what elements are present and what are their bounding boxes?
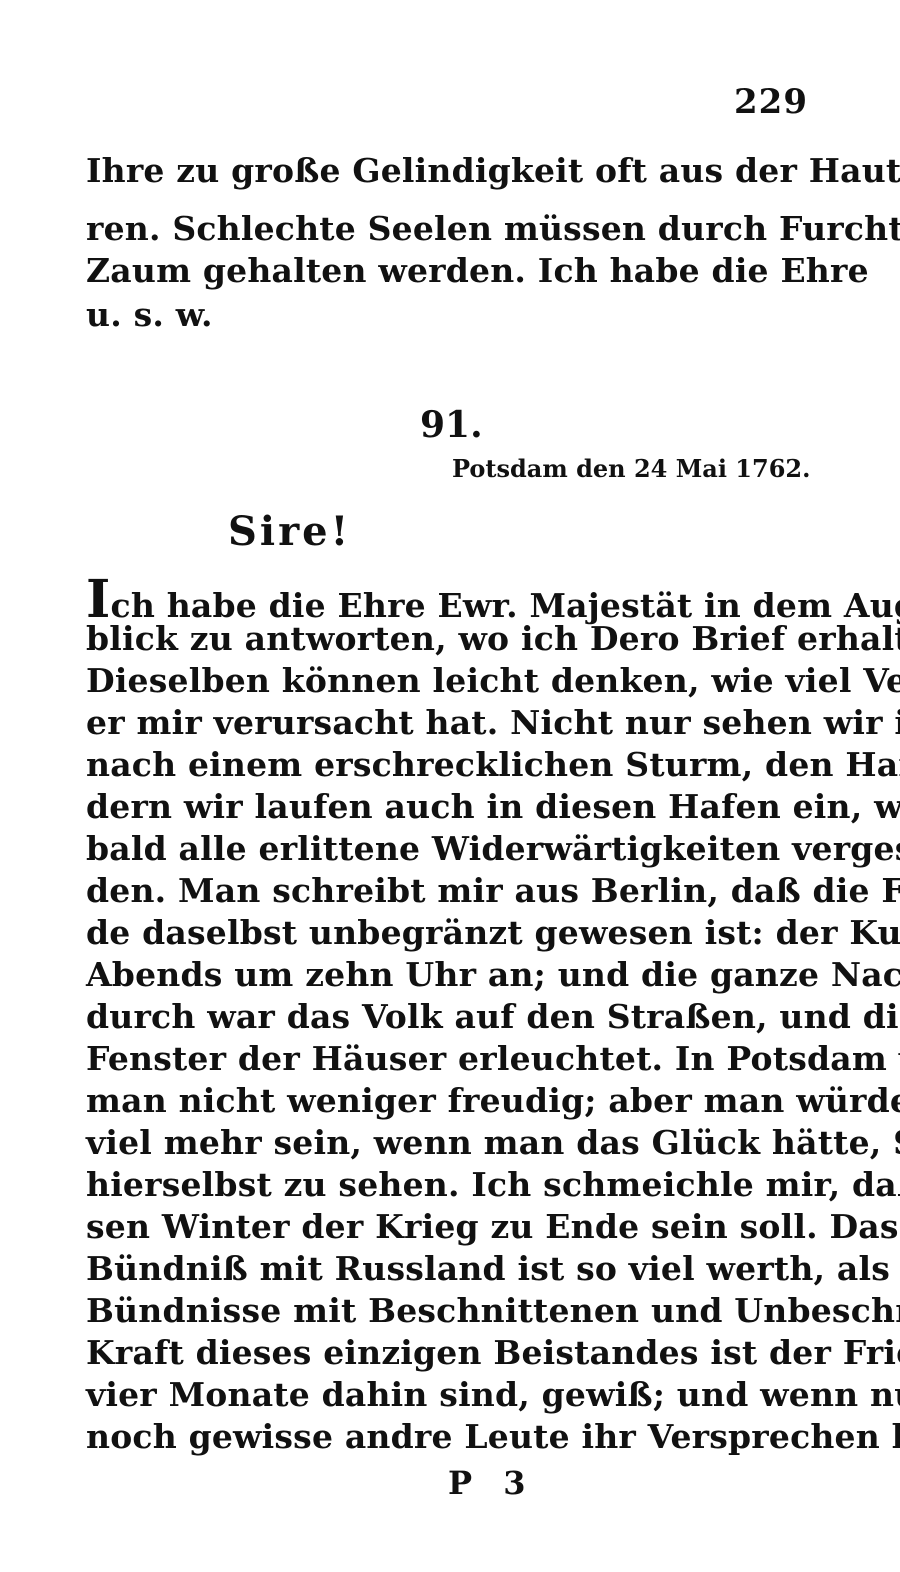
letter-number: 91.: [420, 404, 483, 446]
dateline: Potsdam den 24 Mai 1762.: [452, 454, 810, 483]
text-line: u. s. w.: [86, 294, 812, 336]
text-line: Bündnisse mit Beschnittenen und Unbeschn…: [86, 1290, 812, 1332]
text-line: vier Monate dahin sind, gewiß; und wenn …: [86, 1374, 812, 1416]
text-line: er mir verursacht hat. Nicht nur sehen w…: [86, 702, 812, 744]
text-line: den. Man schreibt mir aus Berlin, daß di…: [86, 870, 812, 912]
text-line: hierselbst zu sehen. Ich schmeichle mir,…: [86, 1164, 812, 1206]
text-line: Dieselben können leicht denken, wie viel…: [86, 660, 812, 702]
text-line: ren. Schlechte Seelen müssen durch Furch…: [86, 208, 812, 250]
text-line: man nicht weniger freudig; aber man würd…: [86, 1080, 812, 1122]
text-line: durch war das Volk auf den Straßen, und …: [86, 996, 812, 1038]
page-number: 229: [734, 82, 808, 122]
text-line: dern wir laufen auch in diesen Hafen ein…: [86, 786, 812, 828]
book-page: 229 Ihre zu große Gelindigkeit oft aus d…: [0, 0, 900, 1572]
signature-mark: P 3: [448, 1464, 535, 1502]
text-line: blick zu antworten, wo ich Dero Brief er…: [86, 618, 812, 660]
text-line: nach einem erschrecklichen Sturm, den Ha…: [86, 744, 812, 786]
text-line: de daselbst unbegränzt gewesen ist: der …: [86, 912, 812, 954]
text-line: Bündniß mit Russland ist so viel werth, …: [86, 1248, 812, 1290]
text-line: Ihre zu große Gelindigkeit oft aus der H…: [86, 150, 812, 192]
text-line: Abends um zehn Uhr an; und die ganze Nac…: [86, 954, 812, 996]
text-line: noch gewisse andre Leute ihr Versprechen…: [86, 1416, 812, 1458]
text-line: Fenster der Häuser erleuchtet. In Potsda…: [86, 1038, 812, 1080]
text-line: Zaum gehalten werden. Ich habe die Ehre: [86, 250, 812, 292]
text-line: viel mehr sein, wenn man das Glück hätte…: [86, 1122, 812, 1164]
text-line: bald alle erlittene Widerwärtigkeiten ve…: [86, 828, 812, 870]
text-line: sen Winter der Krieg zu Ende sein soll. …: [86, 1206, 812, 1248]
text-line: Kraft dieses einzigen Beistandes ist der…: [86, 1332, 812, 1374]
salutation: Sire!: [228, 508, 351, 555]
